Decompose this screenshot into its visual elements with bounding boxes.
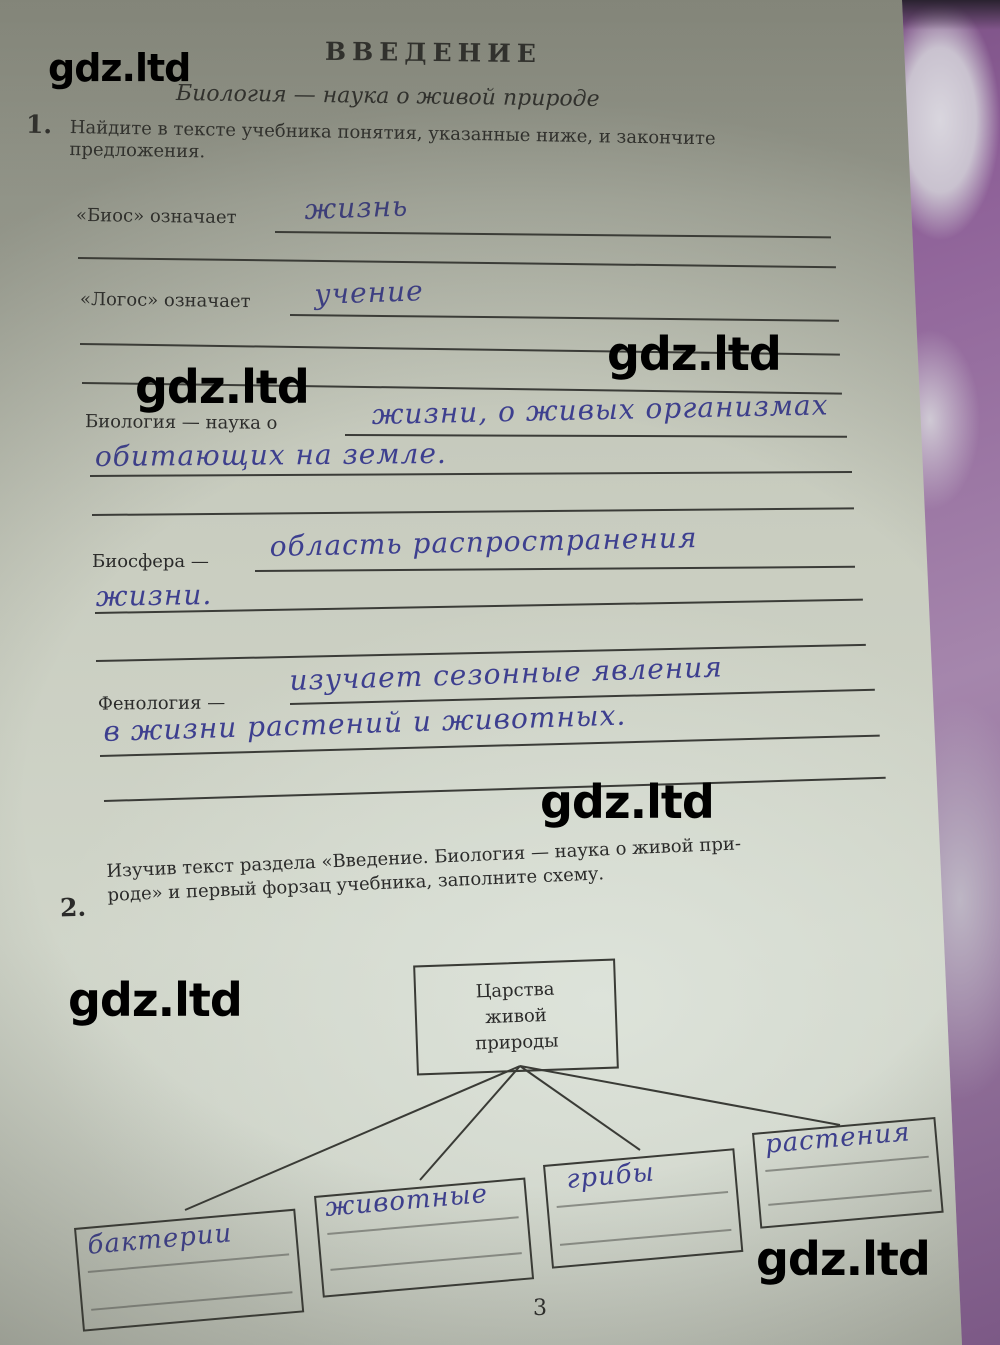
root-label-line-2: живой	[474, 1003, 558, 1032]
watermark: gdz.ltd	[68, 973, 242, 1027]
page-number: 3	[533, 1296, 547, 1321]
kingdom-box-plants[interactable]: растения	[752, 1117, 944, 1229]
kingdom-box-animals[interactable]: животные	[314, 1178, 534, 1298]
watermark: gdz.ltd	[135, 360, 309, 414]
root-label-line-1: Царства	[473, 977, 557, 1006]
diagram-root-box: Царства живой природы	[413, 959, 619, 1076]
watermark: gdz.ltd	[756, 1232, 930, 1286]
kingdom-box-fungi[interactable]: грибы	[543, 1148, 743, 1268]
kingdom-box-bacteria[interactable]: бактерии	[74, 1209, 304, 1332]
kingdom-fungi: грибы	[565, 1157, 656, 1195]
watermark: gdz.ltd	[48, 46, 190, 90]
watermark: gdz.ltd	[607, 327, 781, 381]
watermark: gdz.ltd	[540, 775, 714, 829]
kingdom-bacteria: бактерии	[86, 1218, 233, 1261]
root-label-line-3: природы	[475, 1029, 559, 1058]
